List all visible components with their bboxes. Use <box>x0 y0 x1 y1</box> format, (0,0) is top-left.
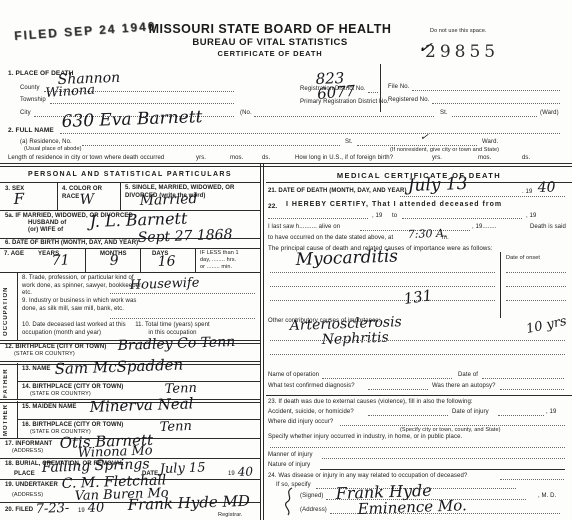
certificate-title: CERTIFICATE OF DEATH <box>140 49 400 58</box>
test-line <box>368 389 428 390</box>
full-name-label: 2. FULL NAME <box>8 127 54 135</box>
where-injury-label: Where did injury occur? <box>268 419 333 427</box>
occurred-label: to have occurred on the date stated abov… <box>268 235 393 243</box>
certify-number: 22. <box>268 203 277 211</box>
manner-injury-line <box>322 458 565 459</box>
length-ds-label: ds. <box>262 155 270 163</box>
ward-line <box>452 116 537 117</box>
rule-section23 <box>266 395 572 396</box>
street-line <box>254 116 434 117</box>
howlong-ds-label: ds. <box>522 155 530 163</box>
death-certificate-scan: FILED SEP 24 1940 MISSOURI STATE BOARD O… <box>0 0 572 520</box>
mother-side-label: MOTHER <box>3 404 9 436</box>
howlong-yrs-label: yrs. <box>432 155 442 163</box>
full-name-line <box>60 133 560 134</box>
last-saw-19: , 19........ <box>472 224 497 232</box>
rule-row15 <box>17 419 260 420</box>
industry-label: 9. Industry or business in which work wa… <box>22 298 142 313</box>
rule-row7 <box>0 272 260 273</box>
onset-line-2 <box>506 286 566 287</box>
death-said-label: Death is said <box>530 224 566 232</box>
test-label: What test confirmed diagnosis? <box>268 383 355 391</box>
date-of-onset-label: Date of onset <box>506 255 540 262</box>
father-name-label: 13. NAME <box>22 366 50 374</box>
residence-st-label: St. <box>345 139 353 147</box>
last-worked-label: 10. Date deceased last worked at this oc… <box>22 322 127 337</box>
nature-injury-label: Nature of injury <box>268 462 310 470</box>
township-label: Township <box>20 97 46 105</box>
onset-line-3 <box>506 300 566 301</box>
birthplace12-sub: (STATE OR COUNTRY) <box>14 351 75 358</box>
burial-date-value: July 15 <box>159 460 205 477</box>
trade-value: Housewife <box>129 276 199 293</box>
manner-injury-label: Manner of injury <box>268 452 313 460</box>
howlong-mos-label: mos. <box>478 155 491 163</box>
father-name-value: Sam McSpadden <box>54 356 183 378</box>
date-of-label: Date of <box>458 372 478 380</box>
contributory-duration: 10 yrs <box>525 314 568 337</box>
father-side-label: FATHER <box>3 366 9 398</box>
county-label: County <box>20 85 40 93</box>
rule-under-personal <box>0 182 260 183</box>
filed-year-value: 40 <box>87 500 104 516</box>
age-days-value: 16 <box>157 253 175 270</box>
registration-district-line <box>368 92 378 93</box>
burial-place-label: PLACE <box>14 471 35 479</box>
age-less-label-1: IF LESS than 1 <box>200 250 239 257</box>
undertaker-label: 19. UNDERTAKER <box>5 482 58 490</box>
cause-line-2 <box>270 286 495 287</box>
age-years-value: 71 <box>51 252 69 269</box>
ward-paren-label: (Ward) <box>540 110 559 118</box>
mother-name-label: 15. MAIDEN NAME <box>22 404 77 412</box>
row1-divider-b <box>120 183 121 210</box>
age-months-value: 9 <box>109 253 118 269</box>
age-divider-b <box>140 248 141 272</box>
abode-label: (Usual place of abode) <box>24 146 82 153</box>
accident-label: Accident, suicide, or homicide? <box>268 409 354 417</box>
file-no-line <box>412 90 560 91</box>
ink-scribble <box>282 486 298 516</box>
certificate-number: 29855 <box>425 42 499 62</box>
certify-line-a <box>268 218 368 219</box>
specify-line <box>270 447 565 448</box>
address-label: (Address) <box>300 507 327 515</box>
township-value: Winona <box>45 83 96 101</box>
residence-ward-label: Ward. <box>482 139 498 147</box>
filed-date-value: 7-23- <box>35 501 69 517</box>
external-causes-label: 23. If death was due to external causes … <box>268 399 473 407</box>
age-less-label-2: day, ........ hrs. <box>200 257 236 264</box>
nature-injury-line <box>320 469 565 470</box>
date-of-death-year-value: 40 <box>537 179 555 196</box>
township-line <box>50 103 234 104</box>
autopsy-label: Was there an autopsy? <box>432 383 496 391</box>
dob-label: 6. DATE OF BIRTH (MONTH, DAY, AND YEAR) <box>5 240 138 248</box>
occupation-strip-divider <box>17 272 18 340</box>
personal-particulars-heading: PERSONAL AND STATISTICAL PARTICULARS <box>0 171 260 178</box>
time-m-label: m. <box>442 235 449 243</box>
cause-code-value: 131 <box>402 286 433 308</box>
do-not-use-label: Do not use this space. <box>430 28 487 35</box>
trade-line <box>110 293 255 294</box>
industry-line <box>110 318 255 319</box>
filed-year-prefix: 19 <box>78 508 85 516</box>
date-injury-line <box>498 415 544 416</box>
length-residence-label: Length of residence in city or town wher… <box>8 155 164 163</box>
birthplace12-value: Bradley Co Tenn <box>117 334 235 354</box>
cause-of-death-value: Myocarditis <box>295 246 398 270</box>
column-divider <box>260 163 264 520</box>
no-paren-label: (No. <box>240 110 252 118</box>
md-label: , M. D. <box>538 493 556 501</box>
cause-line-1 <box>270 272 495 273</box>
full-name-value: 630 Eva Barnett <box>61 107 202 132</box>
where-injury-line <box>340 425 565 426</box>
main-horizontal-rule <box>0 163 572 167</box>
informant-address-label: (ADDRESS) <box>12 448 43 455</box>
rule-row13 <box>17 381 260 382</box>
dob-value: Sept 27 1868 <box>137 227 232 246</box>
length-yrs-label: yrs. <box>196 155 206 163</box>
burial-year-prefix: 19 <box>228 471 235 479</box>
age-less-label-3: or ........ min. <box>200 264 232 271</box>
howlong-us-label: How long in U.S., if of foreign birth? <box>295 155 393 163</box>
cause-line-3 <box>270 300 495 301</box>
length-mos-label: mos. <box>230 155 243 163</box>
primary-registration-value: 6077 <box>316 82 356 103</box>
city-label: City <box>20 110 31 118</box>
residence-st-line <box>357 145 477 146</box>
street-label: St. <box>440 110 448 118</box>
mother-birthplace-value: Tenn <box>159 419 192 435</box>
age-divider-a <box>85 248 86 272</box>
operation-line <box>322 378 452 379</box>
contributory-line-1 <box>270 340 565 341</box>
occupation-side-label: OCCUPATION <box>3 278 9 336</box>
contributory-line-2 <box>270 354 565 355</box>
certify-19b: , 19 <box>526 213 536 221</box>
row1-divider-a <box>57 183 58 210</box>
form-title: MISSOURI STATE BOARD OF HEALTH <box>140 22 400 36</box>
date-of-death-line <box>400 196 565 197</box>
last-saw-label: I last saw h.......... alive on <box>268 224 340 232</box>
related-line <box>500 479 564 480</box>
specify-whether-label: Specify whether injury occurred in indus… <box>268 434 462 442</box>
operation-label: Name of operation <box>268 372 319 380</box>
date-injury-label: Date of injury <box>452 409 489 417</box>
specify-city-note: (Specify city or town, county, and State… <box>400 427 501 434</box>
date-injury-19: , 19 <box>546 409 556 417</box>
rule-row6 <box>0 248 260 249</box>
onset-line-1 <box>506 272 566 273</box>
mother-name-value: Minerva Neal <box>89 394 193 416</box>
certify-statement: I HEREBY CERTIFY, That I attended deceas… <box>286 201 502 208</box>
certify-line-b <box>402 218 522 219</box>
registered-no-line <box>432 103 560 104</box>
trade-label: 8. Trade, profession, or particular kind… <box>22 275 147 298</box>
nonresident-note: (If nonresident, give city or town and S… <box>390 147 499 154</box>
spouse-label-3: (or) WIFE of <box>28 227 63 235</box>
contributory-value-2: Nephritis <box>321 330 389 348</box>
file-no-label: File No. <box>388 84 409 92</box>
onset-column-divider <box>500 252 501 318</box>
undertaker-address-label: (ADDRESS) <box>12 492 43 499</box>
autopsy-line <box>500 389 564 390</box>
color-race-value: W <box>79 192 94 208</box>
certify-19a: , 19 <box>372 213 382 221</box>
residence-check-icon: ✓ <box>419 131 429 143</box>
physician-address-value: Eminence Mo. <box>357 496 467 518</box>
father-birthplace-sub: (STATE OR COUNTRY) <box>30 391 91 398</box>
marital-value: Married <box>139 191 197 209</box>
date-of-line <box>482 378 564 379</box>
form-subtitle: BUREAU OF VITAL STATISTICS <box>140 37 400 48</box>
accident-line <box>368 415 448 416</box>
related-occupation-label: 24. Was disease or injury in any way rel… <box>268 473 467 481</box>
registrar-signature: Frank Hyde MD <box>127 492 250 514</box>
residence-line <box>82 145 340 146</box>
registrar-label: Registrar. <box>218 512 243 519</box>
filed-label: 20. FILED <box>5 507 33 515</box>
file-no-divider <box>380 64 381 112</box>
age-divider-c <box>195 248 196 272</box>
age-label: 7. AGE <box>4 251 24 259</box>
registered-no-label: Registered No. <box>388 97 429 105</box>
burial-year-value: 40 <box>238 464 254 479</box>
date-of-death-label: 21. DATE OF DEATH (MONTH, DAY, AND YEAR) <box>268 188 407 196</box>
signed-label: (Signed) <box>300 493 323 501</box>
certify-to: to <box>392 213 397 221</box>
sex-value: F <box>13 190 24 208</box>
date-of-death-value: July 13 <box>407 174 468 196</box>
filing-date-stamp: FILED SEP 24 1940 <box>14 19 157 43</box>
spouse-value: J. L. Barnett <box>89 209 187 231</box>
